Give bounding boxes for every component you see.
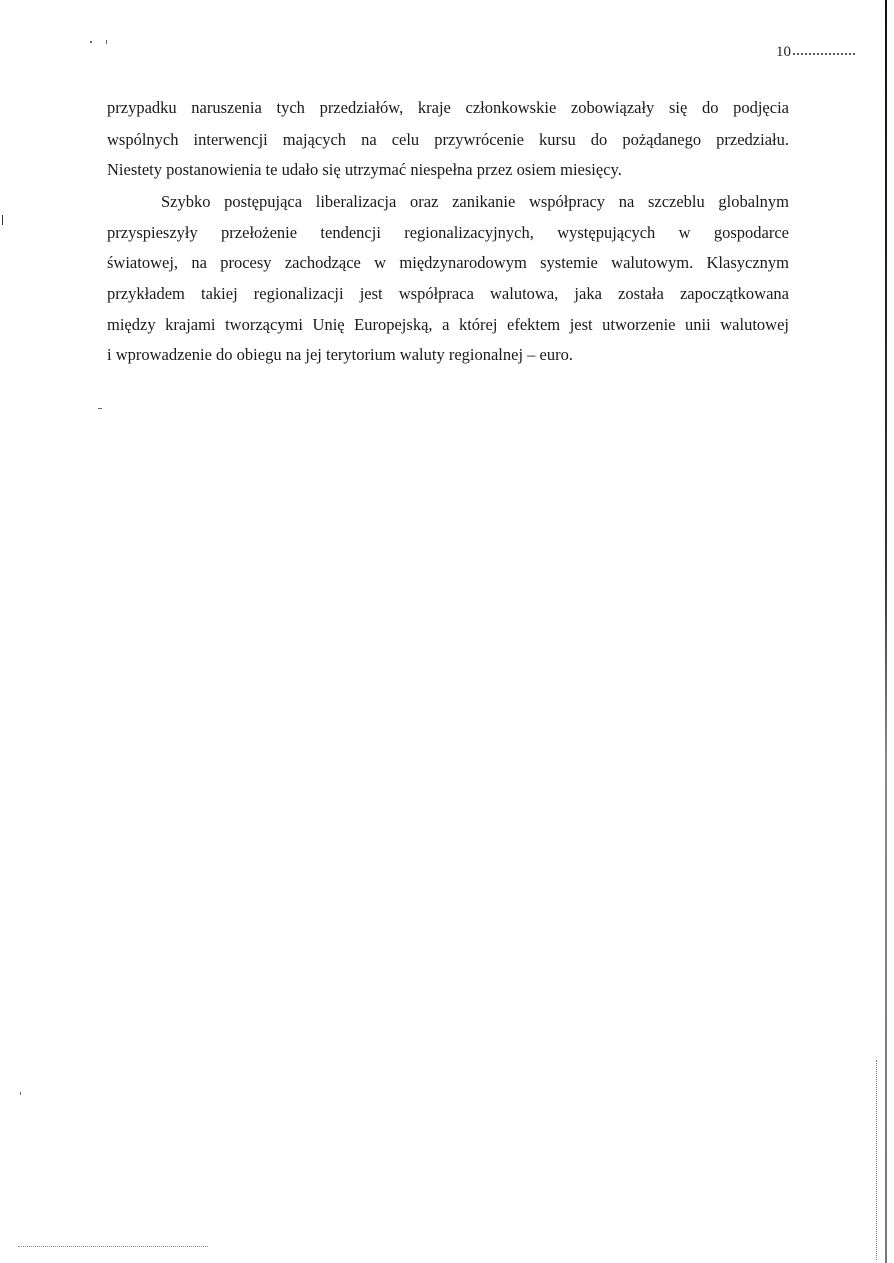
document-page: 10 przypadku naruszenia tych przedziałów… xyxy=(0,0,894,1263)
paragraph-2-line-5: między krajami tworzącymi Unię Europejsk… xyxy=(107,313,789,337)
scan-speck xyxy=(106,40,107,44)
paragraph-2-line-6: i wprowadzenie do obiegu na jej terytori… xyxy=(107,343,789,367)
paragraph-2-line-4: przykładem takiej regionalizacji jest ws… xyxy=(107,282,789,306)
scan-speck xyxy=(20,1092,21,1095)
page-number: 10 xyxy=(776,44,855,61)
scan-speck xyxy=(98,408,102,409)
scan-edge-dotted xyxy=(876,1060,878,1260)
paragraph-1-line-1: przypadku naruszenia tych przedziałów, k… xyxy=(107,96,789,120)
scan-speck xyxy=(90,41,92,43)
scan-speck xyxy=(2,215,3,225)
paragraph-1-line-2: wspólnych interwencji mających na celu p… xyxy=(107,128,789,152)
page-number-text: 10 xyxy=(776,44,791,60)
scan-edge-line xyxy=(885,0,887,1263)
paragraph-1-line-3: Niestety postanowienia te udało się utrz… xyxy=(107,158,789,182)
page-number-scan-artifact xyxy=(793,50,855,55)
scan-bottom-artifact xyxy=(18,1246,208,1247)
paragraph-2-line-3: światowej, na procesy zachodzące w międz… xyxy=(107,251,789,275)
paragraph-2-line-1: Szybko postępująca liberalizacja oraz za… xyxy=(107,190,789,214)
paragraph-2-line-2: przyspieszyły przełożenie tendencji regi… xyxy=(107,221,789,245)
